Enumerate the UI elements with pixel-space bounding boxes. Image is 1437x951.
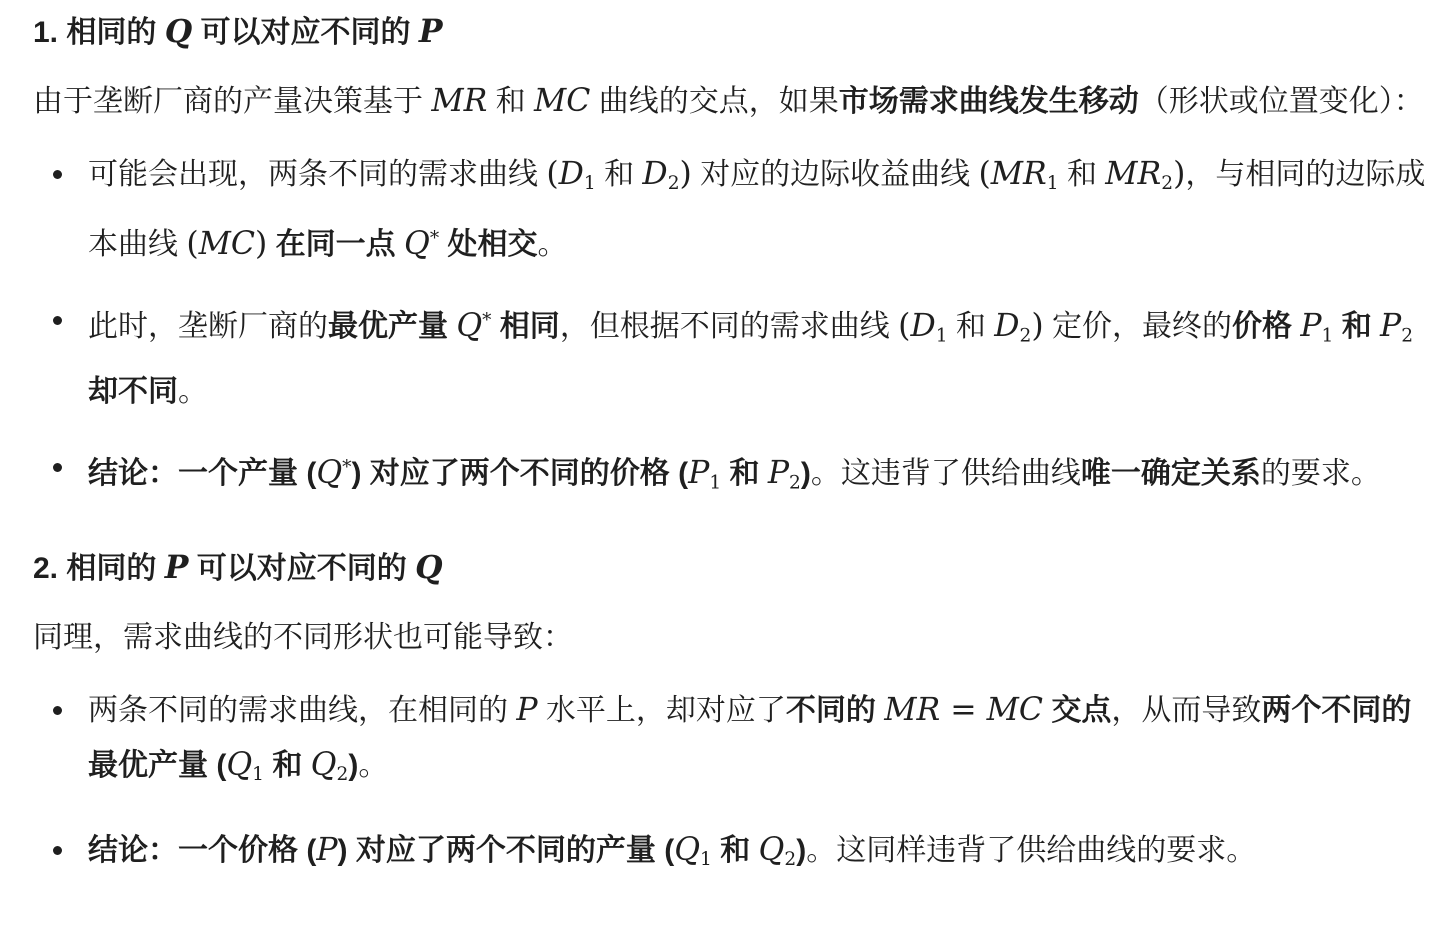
text-segment: D [642, 156, 667, 192]
text-segment: 一个价格 ( [178, 834, 316, 867]
text-segment: MC [534, 83, 590, 119]
text-segment: 和 [264, 749, 311, 782]
list-item: 可能会出现，两条不同的需求曲线 (D1 和 D2) 对应的边际收益曲线 (MR1… [88, 147, 1429, 272]
text-segment: 可以对应不同的 [192, 16, 419, 49]
text-segment: D [910, 309, 935, 345]
section-2-list: 两条不同的需求曲线，在相同的 P 水平上，却对应了不同的 MR = MC 交点，… [33, 683, 1429, 887]
text-segment: 曲线的交点，如果 [590, 85, 838, 118]
text-segment: ，但根据不同的需求曲线 [560, 311, 898, 344]
text-segment: Q [759, 832, 785, 868]
text-segment: 市场需求曲线发生移动 [839, 85, 1139, 118]
section-1-intro: 由于垄断厂商的产量决策基于 MR 和 MC 曲线的交点，如果市场需求曲线发生移动… [33, 74, 1429, 129]
text-segment: ) [796, 834, 806, 867]
text-segment: 1 [936, 326, 948, 347]
text-segment: 相同 [491, 311, 559, 344]
text-segment: Q [415, 549, 442, 586]
text-segment: 交点 [1043, 694, 1111, 727]
text-segment: MR [884, 692, 940, 728]
text-segment: P [316, 832, 337, 868]
text-segment: （形状或位置变化）： [1139, 85, 1424, 118]
text-segment: 的要求。 [1261, 457, 1381, 490]
text-segment: 处相交 [439, 228, 537, 261]
text-segment: 水平上，却对应了 [538, 694, 786, 727]
text-segment: 2 [1020, 326, 1032, 347]
text-segment: 和 [487, 85, 534, 118]
text-segment: 。这违背了供给曲线 [811, 457, 1081, 490]
text-segment: Q [165, 13, 192, 50]
text-segment: ) [680, 156, 692, 192]
text-segment [267, 228, 275, 261]
list-item: 此时，垄断厂商的最优产量 Q* 相同，但根据不同的需求曲线 (D1 和 D2) … [88, 293, 1429, 418]
text-segment: P [1300, 309, 1321, 345]
text-segment: 可能会出现，两条不同的需求曲线 [88, 158, 546, 191]
text-segment: ) [1173, 156, 1185, 192]
text-segment: 1 [1047, 173, 1059, 194]
text-segment: 1. 相同的 [33, 16, 165, 49]
list-item: 结论：一个价格 (P) 对应了两个不同的产量 (Q1 和 Q2)。这同样违背了供… [88, 823, 1429, 887]
text-segment: ) 对应了两个不同的产量 ( [338, 834, 675, 867]
text-segment: 1 [584, 173, 596, 194]
text-segment: 。 [537, 228, 567, 261]
text-segment: Q [311, 747, 337, 783]
text-segment: Q [456, 309, 482, 345]
section-1: 1. 相同的 Q 可以对应不同的 P 由于垄断厂商的产量决策基于 MR 和 MC… [33, 4, 1429, 510]
text-segment: 结论： [88, 457, 178, 490]
text-segment: 。这同样违背了供给曲线的要求。 [806, 834, 1256, 867]
text-segment: P [1380, 309, 1401, 345]
text-segment: 一个产量 ( [178, 457, 316, 490]
text-segment: D [994, 309, 1019, 345]
text-segment: ) 对应了两个不同的价格 ( [351, 457, 688, 490]
text-segment: 2 [668, 173, 680, 194]
text-segment: 2 [1401, 326, 1413, 347]
text-segment: P [165, 549, 189, 586]
text-segment: MR [1105, 156, 1161, 192]
text-segment: 2 [789, 472, 801, 493]
text-segment: Q [674, 832, 700, 868]
document: 1. 相同的 Q 可以对应不同的 P 由于垄断厂商的产量决策基于 MR 和 MC… [0, 0, 1437, 888]
text-segment: 最优产量 [328, 311, 456, 344]
text-segment: 2. 相同的 [33, 552, 165, 585]
text-segment: 。 [358, 749, 388, 782]
section-1-heading: 1. 相同的 Q 可以对应不同的 P [33, 4, 1429, 60]
text-segment: 1 [252, 764, 264, 785]
text-segment: 1 [700, 850, 712, 871]
text-segment: ( [186, 226, 198, 262]
text-segment: 1 [1322, 326, 1334, 347]
text-segment: 不同的 [786, 694, 884, 727]
text-segment: P [688, 455, 709, 491]
text-segment: ) [801, 457, 811, 490]
text-segment: MC [199, 226, 255, 262]
text-segment: MR [431, 83, 487, 119]
text-segment: 和 [596, 158, 643, 191]
text-segment: 2 [784, 850, 796, 871]
text-segment: MC [987, 692, 1043, 728]
text-segment: 在同一点 [276, 228, 404, 261]
text-segment: 和 [948, 311, 995, 344]
text-segment: 由于垄断厂商的产量决策基于 [33, 85, 431, 118]
text-segment: 同理，需求曲线的不同形状也可能导致： [33, 621, 573, 654]
section-1-list: 可能会出现，两条不同的需求曲线 (D1 和 D2) 对应的边际收益曲线 (MR1… [33, 147, 1429, 510]
text-segment: ( [898, 309, 910, 345]
text-segment: ，从而导致 [1111, 694, 1261, 727]
text-segment: Q [404, 226, 430, 262]
text-segment: ( [546, 156, 558, 192]
text-segment: 此时，垄断厂商的 [88, 311, 328, 344]
text-segment: * [430, 228, 439, 249]
text-segment: Q [316, 455, 342, 491]
list-item: 结论：一个产量 (Q*) 对应了两个不同的价格 (P1 和 P2)。这违背了供给… [88, 440, 1429, 510]
text-segment: 两条不同的需求曲线，在相同的 [88, 694, 516, 727]
section-2: 2. 相同的 P 可以对应不同的 Q 同理，需求曲线的不同形状也可能导致： 两条… [33, 540, 1429, 887]
text-segment: 对应的边际收益曲线 [692, 158, 979, 191]
section-2-heading: 2. 相同的 P 可以对应不同的 Q [33, 540, 1429, 596]
text-segment: 价格 [1232, 311, 1300, 344]
text-segment: Q [226, 747, 252, 783]
text-segment: 1 [709, 472, 721, 493]
text-segment: 定价，最终的 [1044, 311, 1232, 344]
text-segment: ( [979, 156, 991, 192]
text-segment: 2 [1161, 173, 1173, 194]
text-segment: ) [1031, 309, 1043, 345]
text-segment: ) [255, 226, 267, 262]
text-segment: 和 [721, 457, 768, 490]
text-segment: 和 [1059, 158, 1106, 191]
section-2-intro: 同理，需求曲线的不同形状也可能导致： [33, 610, 1429, 665]
text-segment: MR [991, 156, 1047, 192]
text-segment: 唯一确定关系 [1081, 457, 1261, 490]
text-segment: 。 [178, 375, 208, 408]
text-segment: D [559, 156, 584, 192]
text-segment: 却不同 [88, 375, 178, 408]
text-segment: 结论： [88, 834, 178, 867]
text-segment: P [768, 455, 789, 491]
text-segment: ) [348, 749, 358, 782]
text-segment: 可以对应不同的 [188, 552, 415, 585]
text-segment: 和 [712, 834, 759, 867]
text-segment: P [419, 13, 443, 50]
list-item: 两条不同的需求曲线，在相同的 P 水平上，却对应了不同的 MR = MC 交点，… [88, 683, 1429, 802]
text-segment: 2 [337, 764, 349, 785]
text-segment: P [516, 692, 537, 728]
text-segment: = [940, 692, 986, 728]
text-segment: 和 [1333, 311, 1380, 344]
